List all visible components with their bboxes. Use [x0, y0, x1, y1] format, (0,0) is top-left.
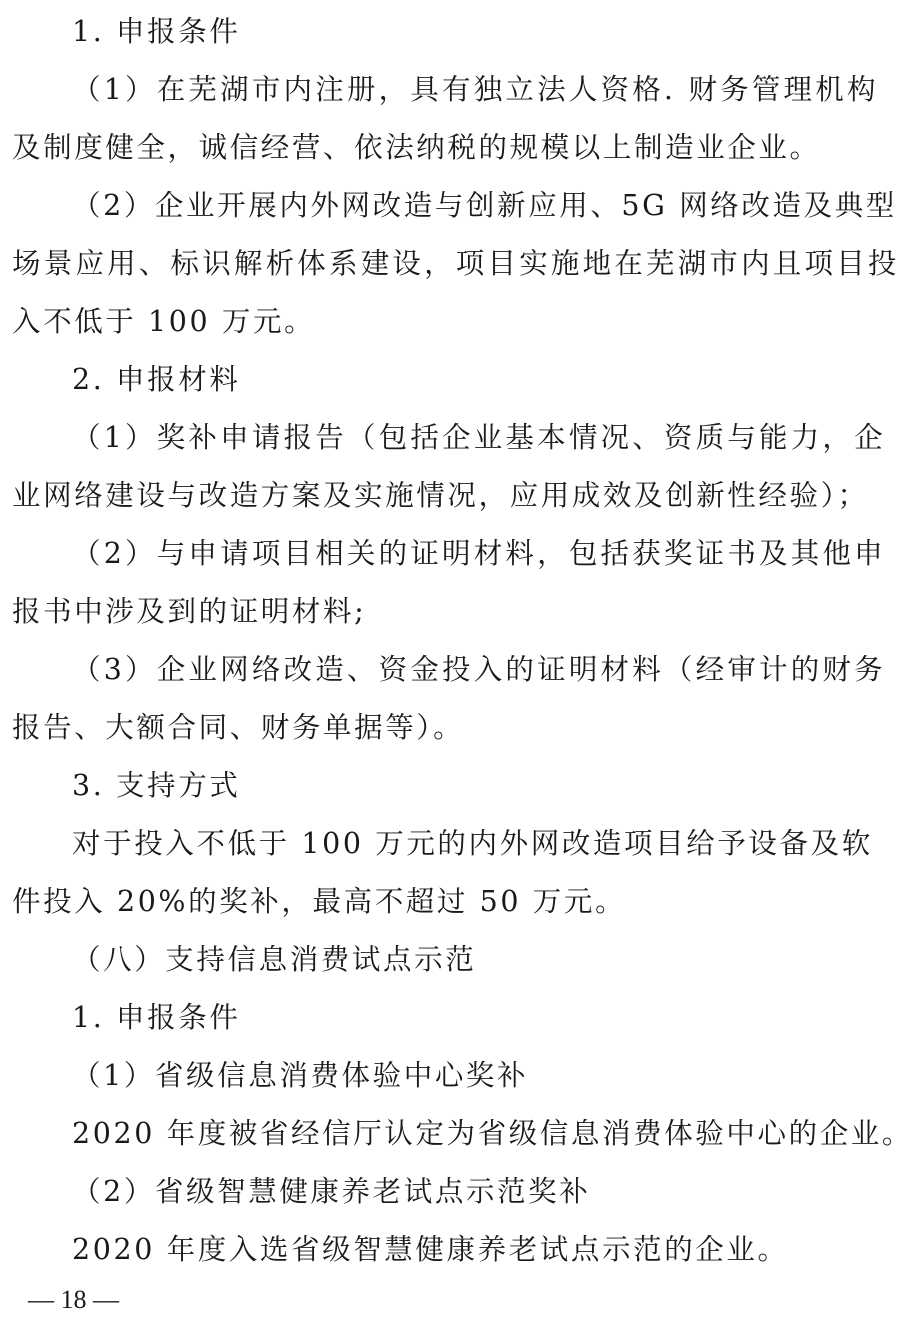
paragraph-experience-center: 2020 年度被省经信厅认定为省级信息消费体验中心的企业。: [72, 1114, 900, 1154]
paragraph-condition-1-cont: 及制度健全，诚信经营、依法纳税的规模以上制造业企业。: [12, 128, 821, 168]
paragraph-material-3: （3）企业网络改造、资金投入的证明材料（经审计的财务: [72, 650, 886, 690]
heading-application-materials: 2. 申报材料: [72, 360, 240, 400]
paragraph-material-2: （2）与申请项目相关的证明材料，包括获奖证书及其他申: [72, 534, 886, 574]
heading-support-method: 3. 支持方式: [72, 766, 240, 806]
paragraph-support-cont: 件投入 20%的奖补，最高不超过 50 万元。: [12, 882, 626, 922]
subheading-smart-health: （2）省级智慧健康养老试点示范奖补: [72, 1172, 590, 1212]
paragraph-material-2-cont: 报书中涉及到的证明材料;: [12, 592, 366, 632]
paragraph-condition-1: （1）在芜湖市内注册，具有独立法人资格. 财务管理机构: [72, 70, 879, 110]
subheading-experience-center: （1）省级信息消费体验中心奖补: [72, 1056, 528, 1096]
heading-application-conditions-2: 1. 申报条件: [72, 998, 240, 1038]
paragraph-material-1-cont: 业网络建设与改造方案及实施情况，应用成效及创新性经验）；: [12, 476, 869, 516]
paragraph-material-3-cont: 报告、大额合同、财务单据等）。: [12, 708, 464, 748]
page-number: — 18 —: [28, 1282, 119, 1317]
paragraph-condition-2: （2）企业开展内外网改造与创新应用、5G 网络改造及典型: [72, 186, 897, 226]
paragraph-condition-2-cont: 场景应用、标识解析体系建设，项目实施地在芜湖市内且项目投: [12, 244, 900, 284]
paragraph-support: 对于投入不低于 100 万元的内外网改造项目给予设备及软: [72, 824, 873, 864]
section-heading-info-consumption: （八）支持信息消费试点示范: [72, 940, 476, 980]
paragraph-smart-health: 2020 年度入选省级智慧健康养老试点示范的企业。: [72, 1230, 789, 1270]
paragraph-condition-2-end: 入不低于 100 万元。: [12, 302, 315, 342]
paragraph-material-1: （1）奖补申请报告（包括企业基本情况、资质与能力，企: [72, 418, 886, 458]
heading-application-conditions: 1. 申报条件: [72, 12, 240, 52]
